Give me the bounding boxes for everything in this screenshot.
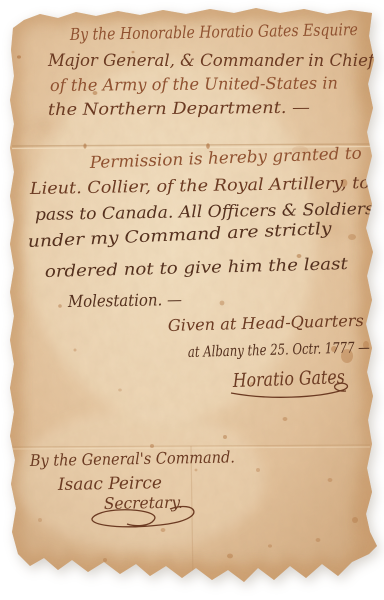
- signature-horatio-gates: Horatio Gates: [232, 366, 346, 392]
- heading-line-2: Major General, & Commander in Chief: [47, 51, 377, 70]
- paper-texture: By the Honorable Horatio Gates Esquire M…: [0, 0, 384, 600]
- heading-line-4: the Northern Department. —: [48, 98, 310, 119]
- closing-line-1: By the General's Command.: [29, 447, 235, 470]
- closing-line-2: Isaac Peirce: [57, 473, 162, 495]
- heading-line-3: of the Army of the United-States in: [50, 73, 338, 95]
- document-scan: By the Honorable Horatio Gates Esquire M…: [0, 0, 384, 600]
- body-line-6: Molestation. —: [67, 290, 182, 311]
